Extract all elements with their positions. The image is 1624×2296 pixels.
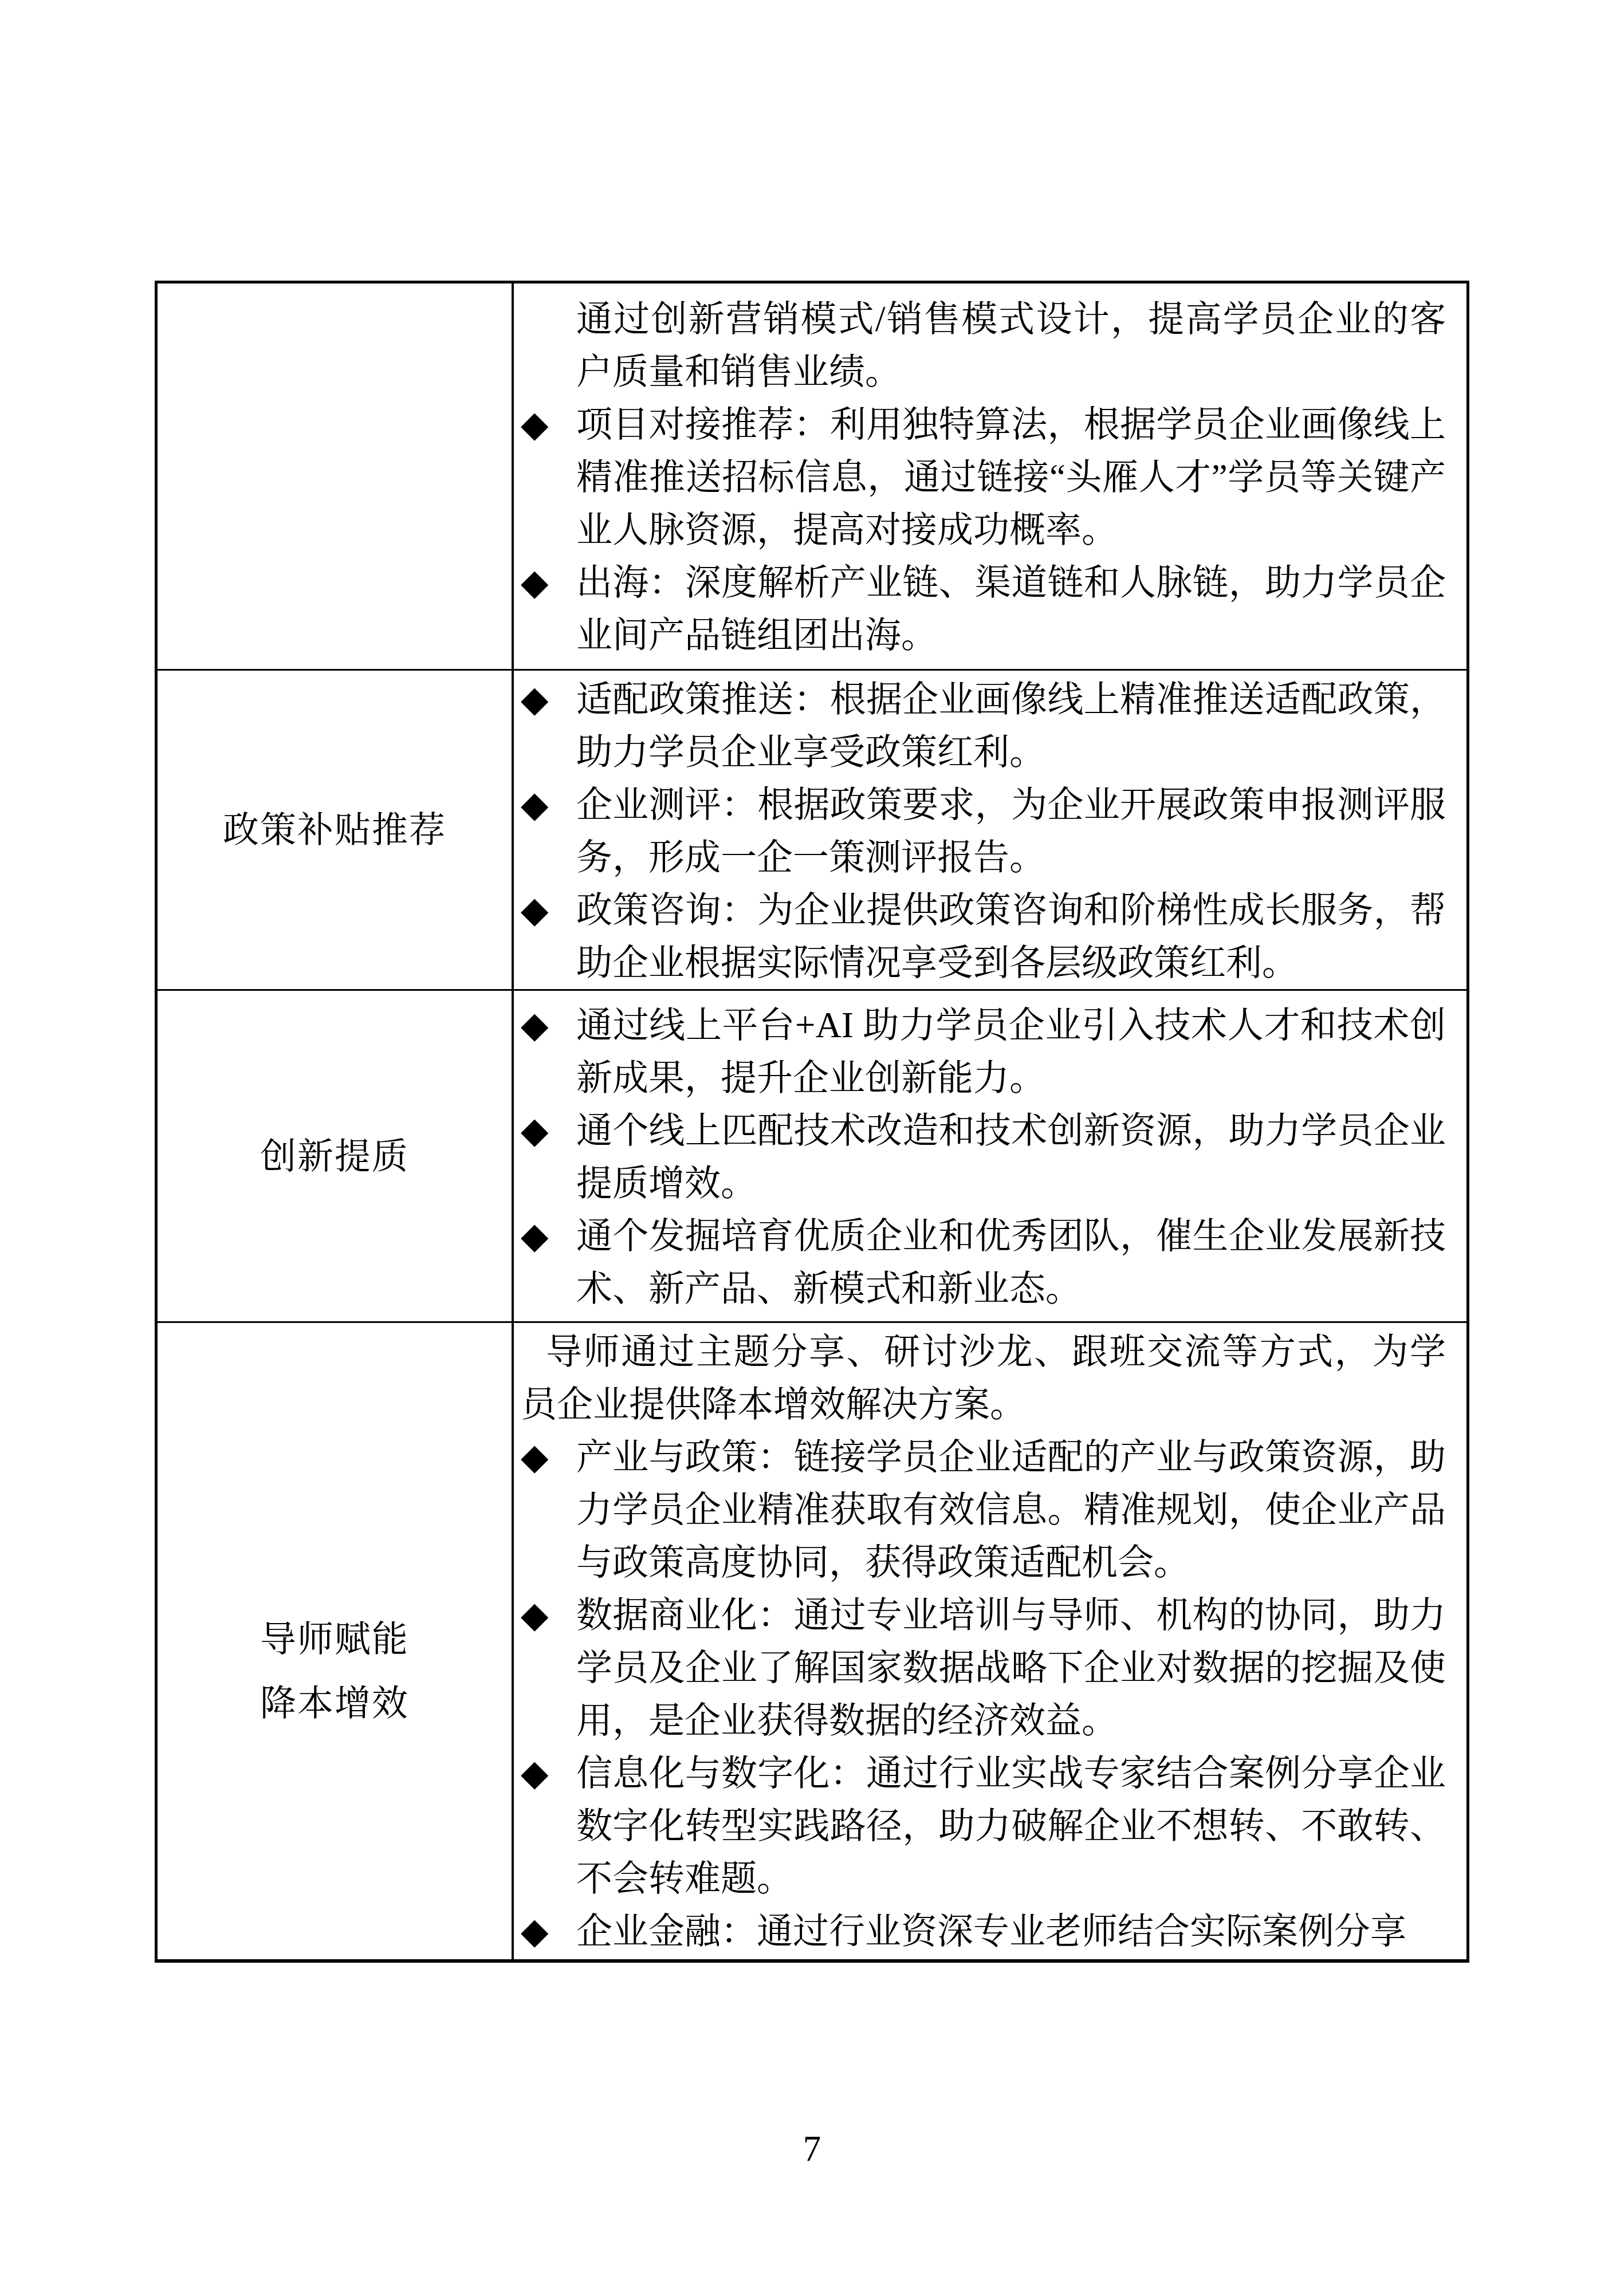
row-label-cell: 政策补贴推荐 xyxy=(158,671,514,989)
bullet-item: ◆ 通个线上匹配技术改造和技术创新资源，助力学员企业提质增效。 xyxy=(521,1104,1446,1210)
bullet-item-text: 信息化与数字化：通过行业实战专家结合案例分享企业数字化转型实践路径，助力破解企业… xyxy=(576,1753,1446,1899)
row-content-cell: ◆ 通过线上平台+AI 助力学员企业引入技术人才和技术创新成果，提升企业创新能力… xyxy=(514,991,1466,1321)
bullet-item-text: 适配政策推送：根据企业画像线上精准推送适配政策，助力学员企业享受政策红利。 xyxy=(576,679,1446,772)
document-page: { "page_number": "7", "icons": { "bullet… xyxy=(0,0,1624,2296)
diamond-bullet-icon: ◆ xyxy=(521,1747,576,1799)
bullet-item: ◆ 通过线上平台+AI 助力学员企业引入技术人才和技术创新成果，提升企业创新能力… xyxy=(521,999,1446,1104)
row-label-cell: 导师赋能 降本增效 xyxy=(158,1323,514,1959)
page-number: 7 xyxy=(0,2122,1624,2176)
bullet-item: ◆ 产业与政策：链接学员企业适配的产业与政策资源，助力学员企业精准获取有效信息。… xyxy=(521,1431,1446,1589)
intro-paragraph: 导师通过主题分享、研讨沙龙、跟班交流等方式，为学员企业提供降本增效解决方案。 xyxy=(521,1325,1446,1431)
bullet-item: ◆ 企业测评：根据政策要求，为企业开展政策申报测评服务，形成一企一策测评报告。 xyxy=(521,778,1446,884)
row-content-cell: ◆ 适配政策推送：根据企业画像线上精准推送适配政策，助力学员企业享受政策红利。 … xyxy=(514,671,1466,989)
paragraph-text: 通过创新营销模式/销售模式设计，提高学员企业的客户质量和销售业绩。 xyxy=(576,299,1446,392)
diamond-bullet-icon: ◆ xyxy=(521,1589,576,1641)
row-label: 创新提质 xyxy=(260,1124,409,1188)
bullet-item-text: 数据商业化：通过专业培训与导师、机构的协同，助力学员及企业了解国家数据战略下企业… xyxy=(576,1595,1446,1740)
row-label-cell xyxy=(158,283,514,669)
diamond-bullet-icon: ◆ xyxy=(521,398,576,451)
row-content-cell: 通过创新营销模式/销售模式设计，提高学员企业的客户质量和销售业绩。 ◆ 项目对接… xyxy=(514,283,1466,669)
diamond-bullet-icon: ◆ xyxy=(521,556,576,609)
diamond-bullet-icon: ◆ xyxy=(521,884,576,936)
bullet-item: ◆ 适配政策推送：根据企业画像线上精准推送适配政策，助力学员企业享受政策红利。 xyxy=(521,673,1446,778)
row-label-line-2: 降本增效 xyxy=(260,1683,409,1723)
bullet-item: ◆ 数据商业化：通过专业培训与导师、机构的协同，助力学员及企业了解国家数据战略下… xyxy=(521,1589,1446,1747)
bullet-item-text: 产业与政策：链接学员企业适配的产业与政策资源，助力学员企业精准获取有效信息。精准… xyxy=(576,1437,1446,1582)
services-table: 通过创新营销模式/销售模式设计，提高学员企业的客户质量和销售业绩。 ◆ 项目对接… xyxy=(155,281,1469,1963)
diamond-bullet-icon: ◆ xyxy=(521,778,576,831)
bullet-item: ◆ 出海：深度解析产业链、渠道链和人脉链，助力学员企业间产品链组团出海。 xyxy=(521,556,1446,661)
diamond-bullet-icon: ◆ xyxy=(521,1905,576,1958)
bullet-item: ◆ 通个发掘培育优质企业和优秀团队，催生企业发展新技术、新产品、新模式和新业态。 xyxy=(521,1210,1446,1315)
bullet-item: ◆ 信息化与数字化：通过行业实战专家结合案例分享企业数字化转型实践路径，助力破解… xyxy=(521,1747,1446,1905)
diamond-bullet-icon: ◆ xyxy=(521,1431,576,1483)
diamond-bullet-icon: ◆ xyxy=(521,673,576,726)
bullet-item-text: 项目对接推荐：利用独特算法，根据学员企业画像线上精准推送招标信息，通过链接“头雁… xyxy=(576,404,1446,550)
table-row: 创新提质 ◆ 通过线上平台+AI 助力学员企业引入技术人才和技术创新成果，提升企… xyxy=(158,989,1466,1321)
table-row: 政策补贴推荐 ◆ 适配政策推送：根据企业画像线上精准推送适配政策，助力学员企业享… xyxy=(158,669,1466,989)
row-label-cell: 创新提质 xyxy=(158,991,514,1321)
intro-paragraph-text: 导师通过主题分享、研讨沙龙、跟班交流等方式，为学员企业提供降本增效解决方案。 xyxy=(521,1332,1446,1424)
paragraph: 通过创新营销模式/销售模式设计，提高学员企业的客户质量和销售业绩。 xyxy=(521,293,1446,398)
bullet-item: ◆ 企业金融：通过行业资深专业老师结合实际案例分享 xyxy=(521,1905,1446,1958)
row-label: 政策补贴推荐 xyxy=(223,798,446,862)
diamond-bullet-icon: ◆ xyxy=(521,1104,576,1157)
bullet-item-text: 企业金融：通过行业资深专业老师结合实际案例分享 xyxy=(576,1911,1406,1951)
row-label-line-1: 导师赋能 xyxy=(260,1619,409,1659)
bullet-item-text: 通个发掘培育优质企业和优秀团队，催生企业发展新技术、新产品、新模式和新业态。 xyxy=(576,1216,1446,1309)
bullet-item: ◆ 政策咨询：为企业提供政策咨询和阶梯性成长服务，帮助企业根据实际情况享受到各层… xyxy=(521,884,1446,989)
bullet-item-text: 通过线上平台+AI 助力学员企业引入技术人才和技术创新成果，提升企业创新能力。 xyxy=(576,1005,1446,1098)
row-content-cell: 导师通过主题分享、研讨沙龙、跟班交流等方式，为学员企业提供降本增效解决方案。 ◆… xyxy=(514,1323,1466,1959)
row-label: 导师赋能 降本增效 xyxy=(260,1607,409,1735)
diamond-bullet-icon: ◆ xyxy=(521,999,576,1051)
table-row: 通过创新营销模式/销售模式设计，提高学员企业的客户质量和销售业绩。 ◆ 项目对接… xyxy=(158,283,1466,669)
bullet-item-text: 政策咨询：为企业提供政策咨询和阶梯性成长服务，帮助企业根据实际情况享受到各层级政… xyxy=(576,890,1446,983)
table-row: 导师赋能 降本增效 导师通过主题分享、研讨沙龙、跟班交流等方式，为学员企业提供降… xyxy=(158,1321,1466,1959)
diamond-bullet-icon: ◆ xyxy=(521,1210,576,1262)
bullet-item-text: 通个线上匹配技术改造和技术创新资源，助力学员企业提质增效。 xyxy=(576,1110,1446,1203)
bullet-item-text: 出海：深度解析产业链、渠道链和人脉链，助力学员企业间产品链组团出海。 xyxy=(576,562,1446,655)
bullet-item: ◆ 项目对接推荐：利用独特算法，根据学员企业画像线上精准推送招标信息，通过链接“… xyxy=(521,398,1446,556)
bullet-item-text: 企业测评：根据政策要求，为企业开展政策申报测评服务，形成一企一策测评报告。 xyxy=(576,785,1446,877)
